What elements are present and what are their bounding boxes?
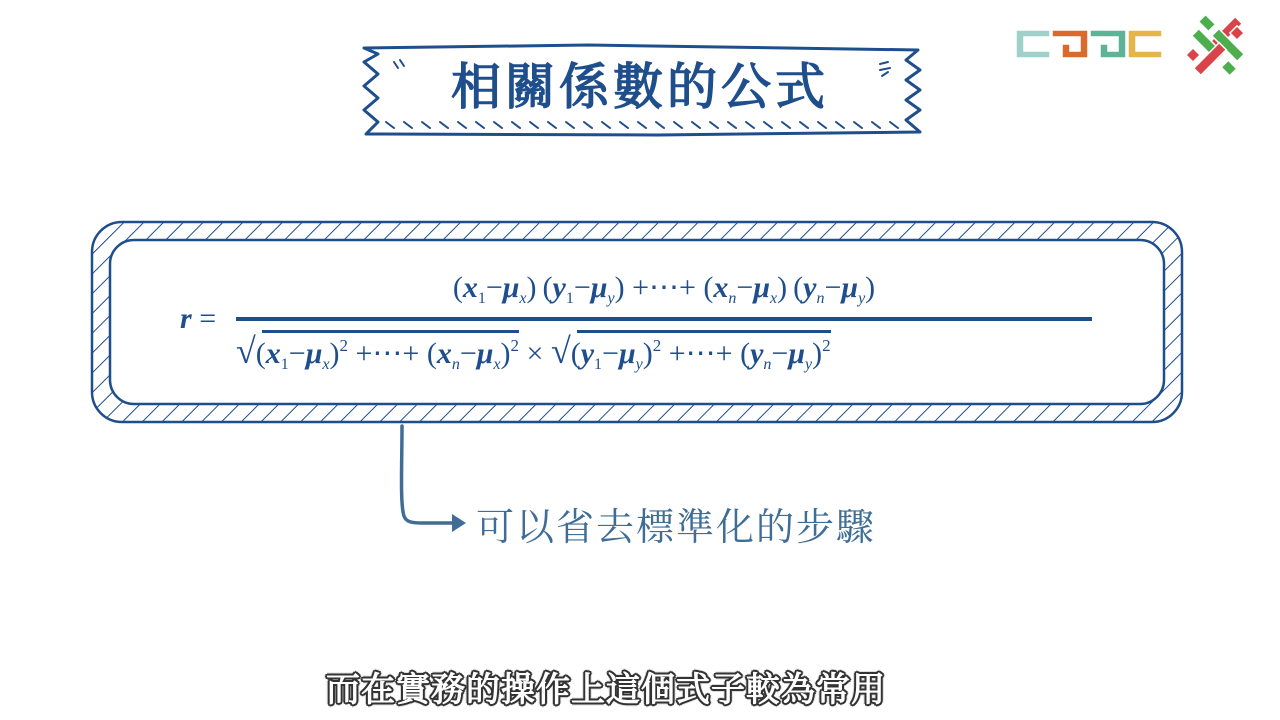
formula-numerator: (x1−μx) (y1−μy) +⋯+ (xn−μx) (yn−μy) xyxy=(236,270,1092,308)
formula-lhs: r = xyxy=(180,302,216,336)
cooc-logo-icon xyxy=(1014,24,1164,64)
woven-cross-logo-icon xyxy=(1186,14,1250,78)
times-sign: × xyxy=(527,337,551,370)
arrow-icon xyxy=(392,424,472,534)
equals-sign: = xyxy=(199,302,216,335)
page-title: 相關係數的公式 xyxy=(405,52,875,122)
annotation-note: 可以省去標準化的步驟 xyxy=(476,496,876,551)
formula-denominator: √(x1−μx)2 +⋯+ (xn−μx)2 × √(y1−μy)2 +⋯+ (… xyxy=(236,330,1092,380)
sqrt-x: √(x1−μx)2 +⋯+ (xn−μx)2 xyxy=(236,330,519,374)
fraction-bar xyxy=(236,317,1092,321)
r-symbol: r xyxy=(180,302,192,335)
formula-frame xyxy=(88,218,1186,426)
video-subtitle: 而在實務的操作上這個式子較為常用 xyxy=(326,662,886,711)
sqrt-y: √(y1−μy)2 +⋯+ (yn−μy)2 xyxy=(551,330,831,374)
